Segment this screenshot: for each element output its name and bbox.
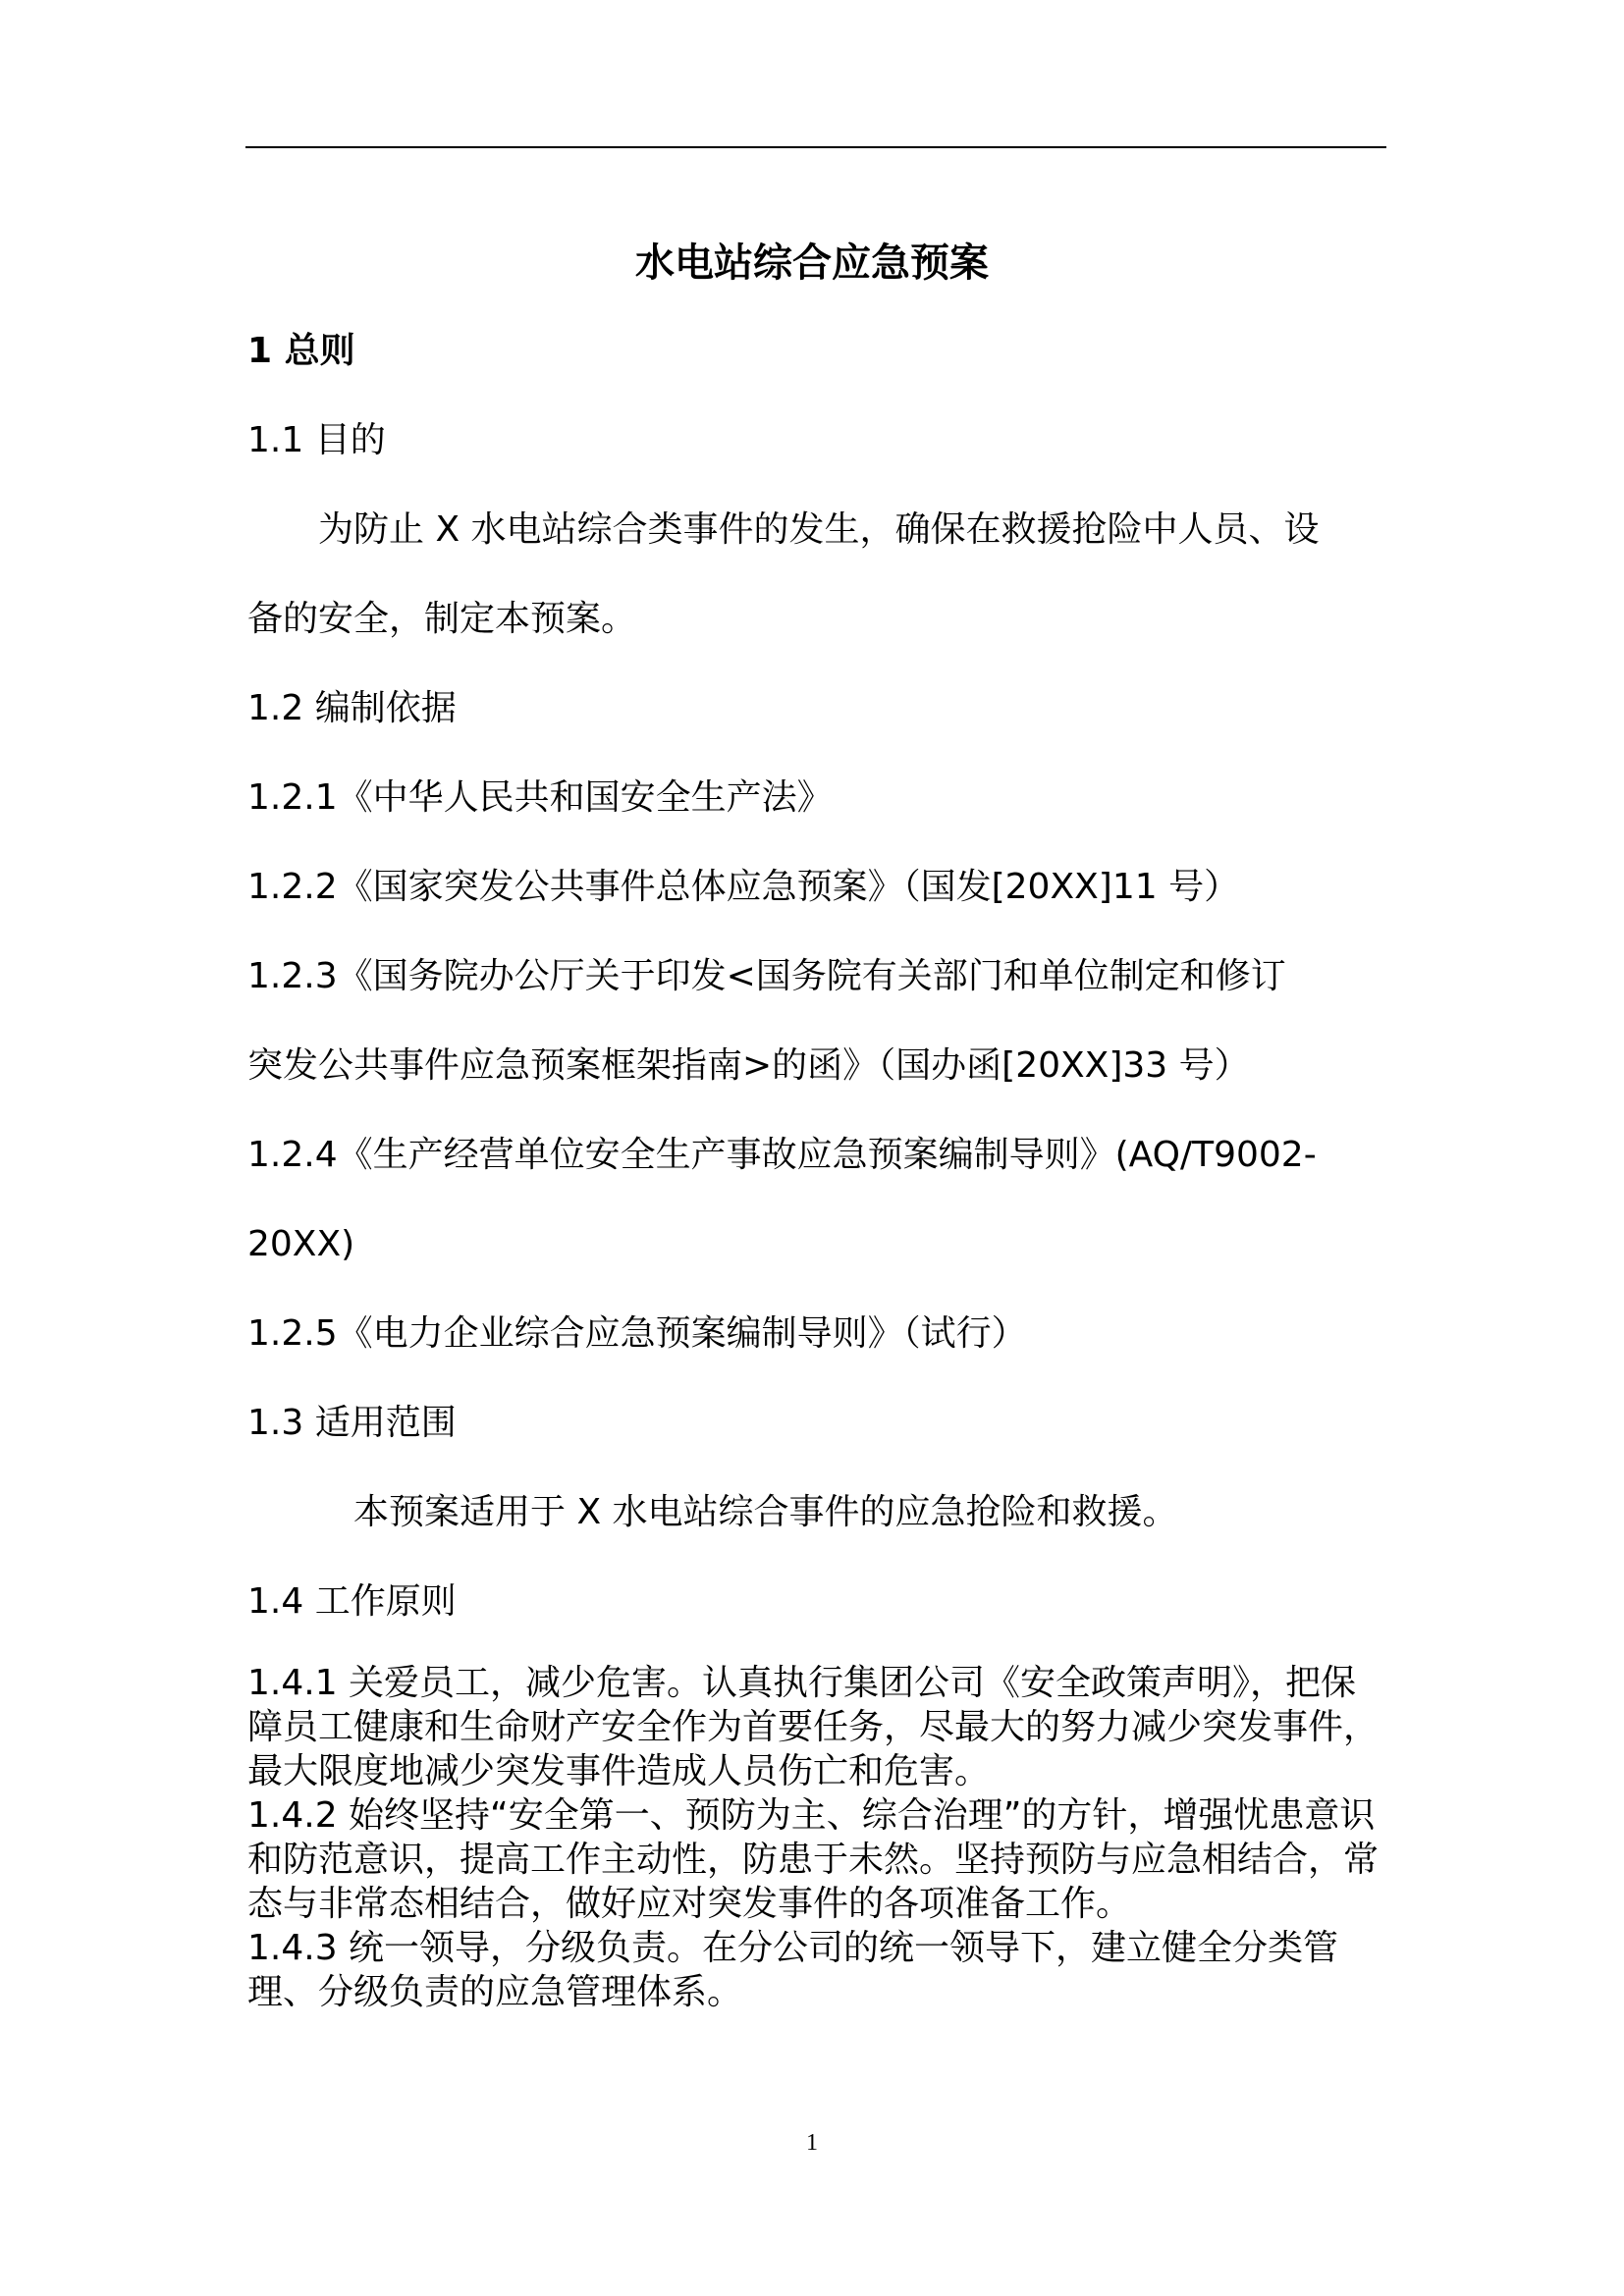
principle-1-4-1: 1.4.1 关爱员工，减少危害。认真执行集团公司《安全政策声明》，把保障员工健康… xyxy=(247,1661,1388,1793)
reference-item-cont: 20XX) xyxy=(247,1220,354,1269)
reference-item: 1.2.5《电力企业综合应急预案编制导则》（试行） xyxy=(247,1309,1027,1359)
page-number: 1 xyxy=(0,2130,1624,2157)
reference-item: 1.2.4《生产经营单位安全生产事故应急预案编制导则》(AQ/T9002- xyxy=(247,1131,1317,1180)
document-title: 水电站综合应急预案 xyxy=(0,236,1624,291)
reference-item: 1.2.2《国家突发公共事件总体应急预案》（国发[20XX]11 号） xyxy=(247,863,1239,912)
principle-1-4-3: 1.4.3 统一领导，分级负责。在分公司的统一领导下，建立健全分类管理、分级负责… xyxy=(247,1926,1388,2014)
paragraph-line: 备的安全，制定本预案。 xyxy=(247,595,636,644)
reference-item: 1.2.1《中华人民共和国安全生产法》 xyxy=(247,774,833,823)
reference-item-cont: 突发公共事件应急预案框架指南>的函》（国办函[20XX]33 号） xyxy=(247,1041,1250,1091)
subsection-heading-1-2: 1.2 编制依据 xyxy=(247,684,457,733)
principle-1-4-2: 1.4.2 始终坚持“安全第一、预防为主、综合治理”的方针，增强忧患意识和防范意… xyxy=(247,1793,1388,1926)
header-rule xyxy=(245,146,1386,148)
subsection-heading-1-4: 1.4 工作原则 xyxy=(247,1577,457,1627)
subsection-heading-1-1: 1.1 目的 xyxy=(247,416,386,465)
paragraph-line: 为防止 X 水电站综合类事件的发生，确保在救援抢险中人员、设 xyxy=(247,506,1320,555)
paragraph-line: 本预案适用于 X 水电站综合事件的应急抢险和救援。 xyxy=(247,1488,1178,1537)
section-heading-1: 1 总则 xyxy=(247,327,355,376)
subsection-heading-1-3: 1.3 适用范围 xyxy=(247,1399,457,1448)
reference-item: 1.2.3《国务院办公厅关于印发<国务院有关部门和单位制定和修订 xyxy=(247,952,1286,1001)
